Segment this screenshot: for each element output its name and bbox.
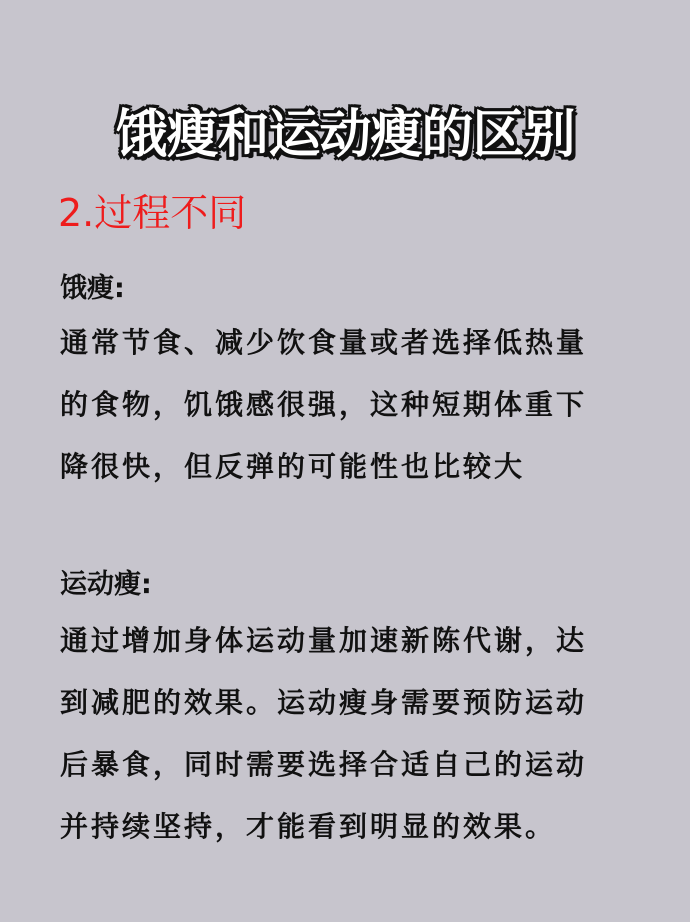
text-line: 的食物，饥饿感很强，这种短期体重下 [60,374,640,436]
page-title: 饿瘦和运动瘦的区别 [0,92,690,167]
text-line: 后暴食，同时需要选择合适自己的运动 [60,734,640,796]
exercise-label: 运动瘦: [60,562,152,601]
exercise-paragraph: 通过增加身体运动量加速新陈代谢，达 到减肥的效果。运动瘦身需要预防运动 后暴食，… [60,610,640,858]
text-line: 通常节食、减少饮食量或者选择低热量 [60,312,640,374]
section-subtitle: 2.过程不同 [58,182,246,237]
text-line: 并持续坚持，才能看到明显的效果。 [60,796,640,858]
text-line: 通过增加身体运动量加速新陈代谢，达 [60,610,640,672]
hunger-label: 饿瘦: [60,266,125,305]
hunger-paragraph: 通常节食、减少饮食量或者选择低热量 的食物，饥饿感很强，这种短期体重下 降很快，… [60,312,640,498]
text-line: 降很快，但反弹的可能性也比较大 [60,436,640,498]
text-line: 到减肥的效果。运动瘦身需要预防运动 [60,672,640,734]
